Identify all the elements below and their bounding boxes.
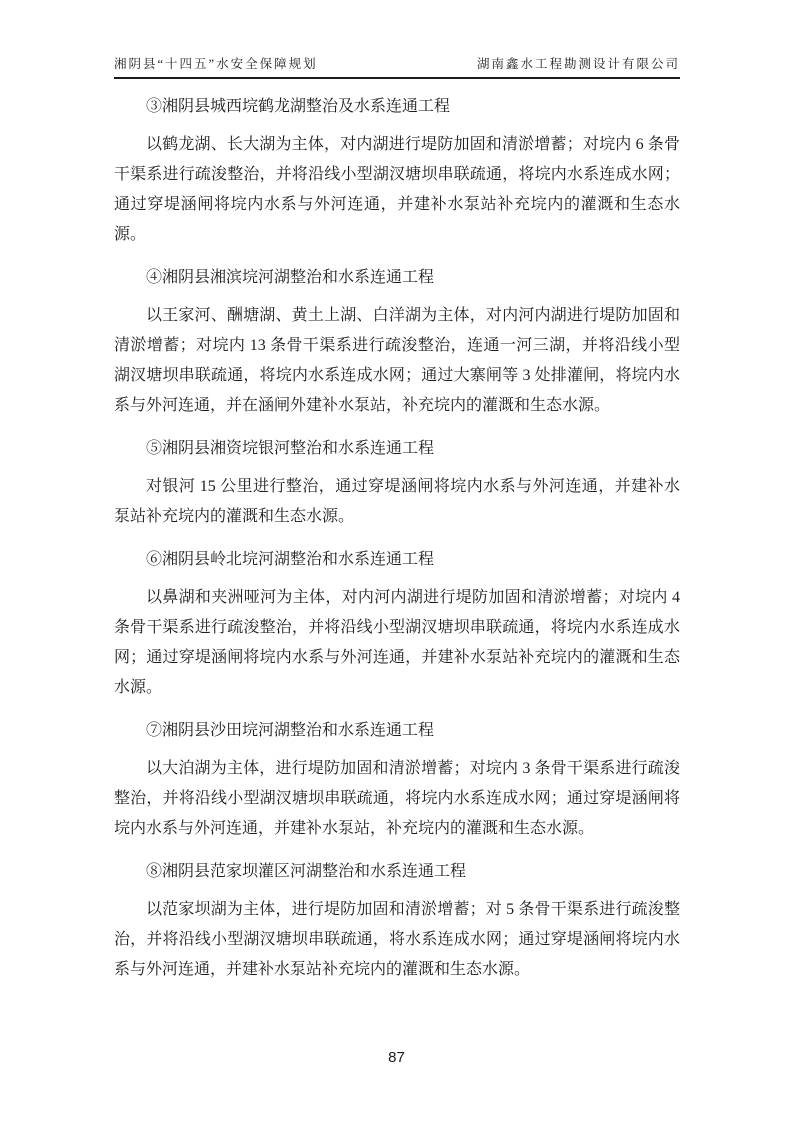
section-heading: ⑥湘阴县岭北垸河湖整治和水系连通工程 bbox=[114, 545, 680, 575]
section-heading: ③湘阴县城西垸鹤龙湖整治及水系连通工程 bbox=[114, 92, 680, 122]
header-company-name: 湖南鑫水工程勘测设计有限公司 bbox=[477, 54, 680, 72]
page-footer: 87 bbox=[0, 1049, 793, 1066]
section-7: ⑦湘阴县沙田垸河湖整治和水系连通工程 以大泊湖为主体，进行堤防加固和清淤增蓄；对… bbox=[114, 716, 680, 844]
section-4: ④湘阴县湘滨垸河湖整治和水系连通工程 以王家河、酬塘湖、黄土上湖、白洋湖为主体，… bbox=[114, 263, 680, 421]
document-page: 湘阴县“十四五”水安全保障规划 湖南鑫水工程勘测设计有限公司 ③湘阴县城西垸鹤龙… bbox=[0, 0, 793, 1122]
section-8: ⑧湘阴县范家坝灌区河湖整治和水系连通工程 以范家坝湖为主体，进行堤防加固和清淤增… bbox=[114, 857, 680, 985]
section-3: ③湘阴县城西垸鹤龙湖整治及水系连通工程 以鹤龙湖、长大湖为主体，对内湖进行堤防加… bbox=[114, 92, 680, 250]
section-paragraph: 对银河 15 公里进行整治，通过穿堤涵闸将垸内水系与外河连通，并建补水泵站补充垸… bbox=[114, 472, 680, 532]
section-paragraph: 以鹤龙湖、长大湖为主体，对内湖进行堤防加固和清淤增蓄；对垸内 6 条骨干渠系进行… bbox=[114, 130, 680, 250]
section-paragraph: 以范家坝湖为主体，进行堤防加固和清淤增蓄；对 5 条骨干渠系进行疏浚整治，并将沿… bbox=[114, 895, 680, 985]
section-heading: ⑧湘阴县范家坝灌区河湖整治和水系连通工程 bbox=[114, 857, 680, 887]
header-divider bbox=[114, 77, 680, 79]
section-6: ⑥湘阴县岭北垸河湖整治和水系连通工程 以鼻湖和夹洲哑河为主体，对内河内湖进行堤防… bbox=[114, 545, 680, 703]
section-heading: ⑤湘阴县湘资垸银河整治和水系连通工程 bbox=[114, 434, 680, 464]
section-heading: ④湘阴县湘滨垸河湖整治和水系连通工程 bbox=[114, 263, 680, 293]
document-content: ③湘阴县城西垸鹤龙湖整治及水系连通工程 以鹤龙湖、长大湖为主体，对内湖进行堤防加… bbox=[114, 92, 680, 985]
section-paragraph: 以鼻湖和夹洲哑河为主体，对内河内湖进行堤防加固和清淤增蓄；对垸内 4 条骨干渠系… bbox=[114, 583, 680, 703]
section-heading: ⑦湘阴县沙田垸河湖整治和水系连通工程 bbox=[114, 716, 680, 746]
section-paragraph: 以王家河、酬塘湖、黄土上湖、白洋湖为主体，对内河内湖进行堤防加固和清淤增蓄；对垸… bbox=[114, 301, 680, 421]
header-doc-title: 湘阴县“十四五”水安全保障规划 bbox=[114, 54, 318, 72]
section-5: ⑤湘阴县湘资垸银河整治和水系连通工程 对银河 15 公里进行整治，通过穿堤涵闸将… bbox=[114, 434, 680, 532]
page-number: 87 bbox=[388, 1049, 405, 1066]
section-paragraph: 以大泊湖为主体，进行堤防加固和清淤增蓄；对垸内 3 条骨干渠系进行疏浚整治，并将… bbox=[114, 754, 680, 844]
page-header: 湘阴县“十四五”水安全保障规划 湖南鑫水工程勘测设计有限公司 bbox=[114, 0, 680, 72]
